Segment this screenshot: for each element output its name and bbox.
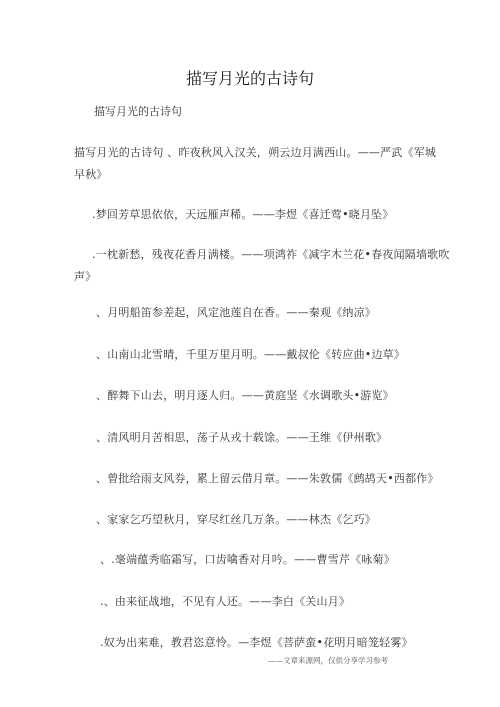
document-title: 描写月光的古诗句 xyxy=(0,66,500,89)
poem-line: 、清风明月苦相思，荡子从戎十载馀。——王维《伊州歌》 xyxy=(96,429,387,445)
poem-line: 、醉舞下山去，明月逐人归。——黄庭坚《水调歌头•游览》 xyxy=(96,387,394,403)
poem-line: 、家家乞巧望秋月，穿尽红丝几万条。——林杰《乞巧》 xyxy=(96,511,376,527)
poem-line: 、月明船笛参差起，风定池莲自在香。——秦观《纳凉》 xyxy=(96,304,376,320)
poem-line: 描写月光的古诗句 、昨夜秋风入汉关，朔云边月满西山。——严武《军城 xyxy=(74,144,436,160)
poem-line: .奴为出来难，教君恣意怜。—李煜《菩萨蛮•花明月暗笼轻雾》 xyxy=(100,634,413,650)
poem-line: 、山南山北雪晴，千里万里月明。——戴叔伦《转应曲•边草》 xyxy=(96,346,405,362)
poem-line: 声》 xyxy=(74,268,96,284)
poem-line: 、.毫端蕴秀临霜写，口齿噙香对月吟。——曹雪芹《咏菊》 xyxy=(100,551,395,567)
poem-line: .梦回芳草思依依，天远雁声稀。——李煜《喜迁莺•晓月坠》 xyxy=(92,206,394,222)
source-footer: ——文章来源网，仅供分享学习参考 xyxy=(268,655,388,666)
poem-line: 、曾批给雨支风券，累上留云借月章。——朱敦儒《鹧鸪天•西都作》 xyxy=(96,470,439,486)
poem-line: .、由来征战地，不见有人还。——李白《关山月》 xyxy=(100,593,350,609)
poem-line: 早秋》 xyxy=(74,166,108,182)
document-subtitle: 描写月光的古诗句 xyxy=(94,103,182,119)
poem-line: .一枕新愁，残夜花香月满楼。——项鸿祚《减字木兰花•春夜闻隔墙歌吹 xyxy=(92,246,450,262)
